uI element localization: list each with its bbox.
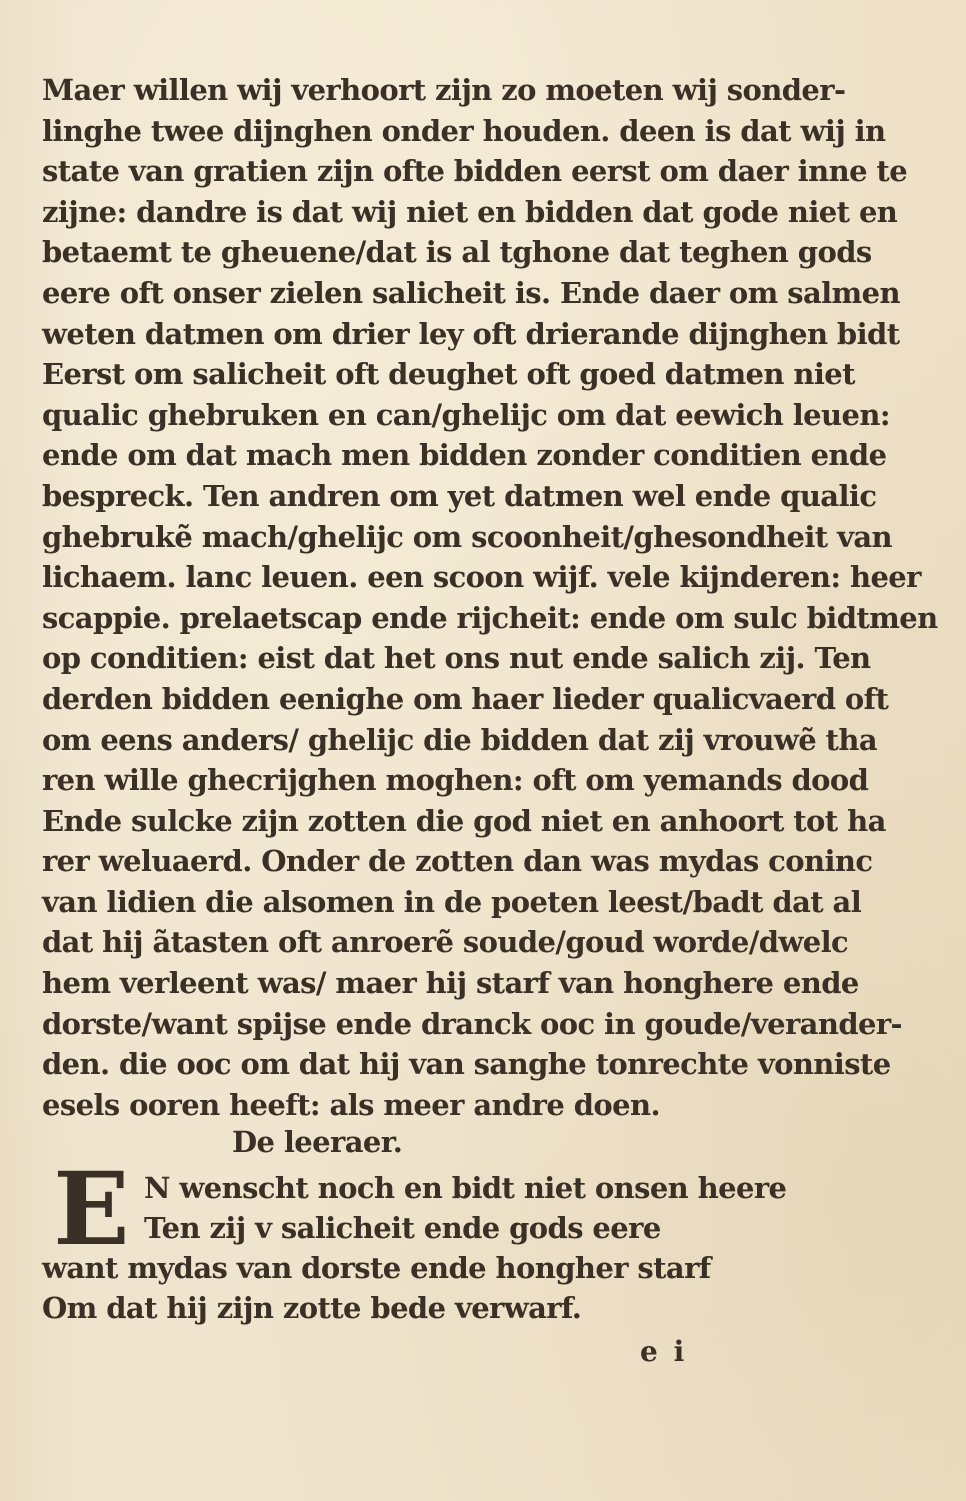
text-line: Maer willen wij verhoort zijn zo moeten … [42, 70, 802, 111]
text-line: van lidien die alsomen in de poeten lees… [42, 882, 802, 923]
text-line: den. die ooc om dat hij van sanghe tonre… [42, 1044, 802, 1085]
body-text: Maer willen wij verhoort zijn zo moeten … [42, 70, 802, 1125]
text-line: lichaem. lanc leuen. een scoon wijf. vel… [42, 557, 802, 598]
text-line: ende om dat mach men bidden zonder condi… [42, 435, 802, 476]
text-line: Eerst om salicheit oft deughet oft goed … [42, 354, 802, 395]
text-line: rer weluaerd. Onder de zotten dan was my… [42, 841, 802, 882]
book-page: Maer willen wij verhoort zijn zo moeten … [0, 0, 966, 1501]
text-line: scappie. prelaetscap ende rijcheit: ende… [42, 598, 802, 639]
decorated-initial: E [42, 1168, 140, 1250]
text-line: eere oft onser zielen salicheit is. Ende… [42, 273, 802, 314]
section-heading: De leeraer. [232, 1125, 402, 1159]
text-line: om eens anders/ ghelijc die bidden dat z… [42, 720, 802, 761]
verse-line: want mydas van dorste ende hongher starf [42, 1248, 722, 1288]
text-line: op conditien: eist dat het ons nut ende … [42, 638, 802, 679]
text-line: qualic ghebruken en can/ghelijc om dat e… [42, 395, 802, 436]
verse-line: N wenscht noch en bidt niet onsen heere [42, 1168, 722, 1208]
text-line: dorste/want spijse ende dranck ooc in go… [42, 1004, 802, 1045]
verse-line: Om dat hij zijn zotte bede verwarf. [42, 1288, 722, 1328]
text-line: linghe twee dijnghen onder houden. deen … [42, 111, 802, 152]
verse-line: Ten zij v salicheit ende gods eere [42, 1208, 722, 1248]
text-line: esels ooren heeft: als meer andre doen. [42, 1085, 802, 1126]
text-line: betaemt te gheuene/dat is al tghone dat … [42, 232, 802, 273]
text-line: Ende sulcke zijn zotten die god niet en … [42, 801, 802, 842]
signature-mark: e i [640, 1335, 687, 1368]
text-line: ghebrukẽ mach/ghelijc om scoonheit/gheso… [42, 517, 802, 558]
verse-block: E N wenscht noch en bidt niet onsen heer… [42, 1168, 722, 1328]
text-line: zijne: dandre is dat wij niet en bidden … [42, 192, 802, 233]
text-line: weten datmen om drier ley oft drierande … [42, 314, 802, 355]
text-line: hem verleent was/ maer hij starf van hon… [42, 963, 802, 1004]
text-line: state van gratien zijn ofte bidden eerst… [42, 151, 802, 192]
text-line: dat hij ãtasten oft anroerẽ soude/goud w… [42, 922, 802, 963]
text-line: ren wille ghecrijghen moghen: oft om yem… [42, 760, 802, 801]
text-line: bespreck. Ten andren om yet datmen wel e… [42, 476, 802, 517]
text-line: derden bidden eenighe om haer lieder qua… [42, 679, 802, 720]
